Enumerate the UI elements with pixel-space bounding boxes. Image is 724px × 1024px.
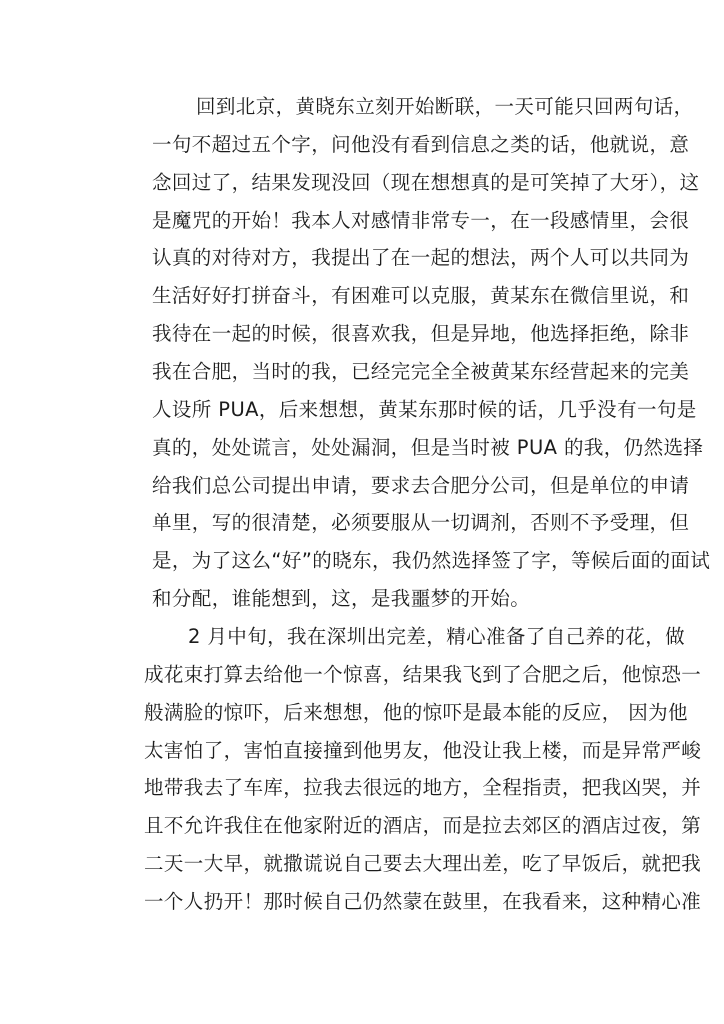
text-line: 一句不超过五个字，问他没有看到信息之类的话，他就说，意 bbox=[152, 126, 616, 164]
text-line: 生活好好打拼奋斗，有困难可以克服，黄某东在微信里说，和 bbox=[152, 277, 616, 315]
text-line: 2 月中旬，我在深圳出完差，精心准备了自己养的花，做 bbox=[144, 618, 616, 656]
text-line: 且不允许我住在他家附近的酒店，而是拉去郊区的酒店过夜，第 bbox=[144, 807, 616, 845]
text-line: 一个人扔开！那时候自己仍然蒙在鼓里，在我看来，这种精心准 bbox=[144, 883, 616, 921]
text-line: 二天一大早，就撒谎说自己要去大理出差，吃了早饭后，就把我 bbox=[144, 845, 616, 883]
text-line: 念回过了，结果发现没回（现在想想真的是可笑掉了大牙），这 bbox=[152, 164, 616, 202]
text-line: 我待在一起的时候，很喜欢我，但是异地，他选择拒绝，除非 bbox=[152, 315, 616, 353]
text-line: 真的，处处谎言，处处漏洞，但是当时被 PUA 的我，仍然选择 bbox=[152, 429, 616, 467]
text-line: 是魔咒的开始！我本人对感情非常专一，在一段感情里，会很 bbox=[152, 202, 616, 240]
text-line: 般满脸的惊吓，后来想想，他的惊吓是最本能的反应， 因为他 bbox=[144, 694, 616, 732]
paragraph-2: 2 月中旬，我在深圳出完差，精心准备了自己养的花，做 成花束打算去给他一个惊喜，… bbox=[152, 618, 616, 921]
document-page: 回到北京，黄晓东立刻开始断联，一天可能只回两句话， 一句不超过五个字，问他没有看… bbox=[0, 0, 724, 1024]
text-line: 太害怕了，害怕直接撞到他男友，他没让我上楼，而是异常严峻 bbox=[144, 732, 616, 770]
paragraph-1: 回到北京，黄晓东立刻开始断联，一天可能只回两句话， 一句不超过五个字，问他没有看… bbox=[152, 88, 616, 618]
text-line: 给我们总公司提出申请，要求去合肥分公司，但是单位的申请 bbox=[152, 467, 616, 505]
text-line: 成花束打算去给他一个惊喜，结果我飞到了合肥之后，他惊恐一 bbox=[144, 656, 616, 694]
text-line: 我在合肥，当时的我，已经完完全全被黄某东经营起来的完美 bbox=[152, 353, 616, 391]
text-line: 人设所 PUA，后来想想，黄某东那时候的话，几乎没有一句是 bbox=[152, 391, 616, 429]
text-line: 地带我去了车库，拉我去很远的地方，全程指责，把我凶哭，并 bbox=[144, 769, 616, 807]
document-body: 回到北京，黄晓东立刻开始断联，一天可能只回两句话， 一句不超过五个字，问他没有看… bbox=[152, 88, 616, 921]
text-line: 回到北京，黄晓东立刻开始断联，一天可能只回两句话， bbox=[152, 88, 616, 126]
text-line: 和分配，谁能想到，这，是我噩梦的开始。 bbox=[152, 580, 616, 618]
text-line: 是，为了这么“好”的晓东，我仍然选择签了字，等候后面的面试 bbox=[152, 542, 616, 580]
text-line: 认真的对待对方，我提出了在一起的想法，两个人可以共同为 bbox=[152, 239, 616, 277]
text-line: 单里，写的很清楚，必须要服从一切调剂，否则不予受理，但 bbox=[152, 504, 616, 542]
